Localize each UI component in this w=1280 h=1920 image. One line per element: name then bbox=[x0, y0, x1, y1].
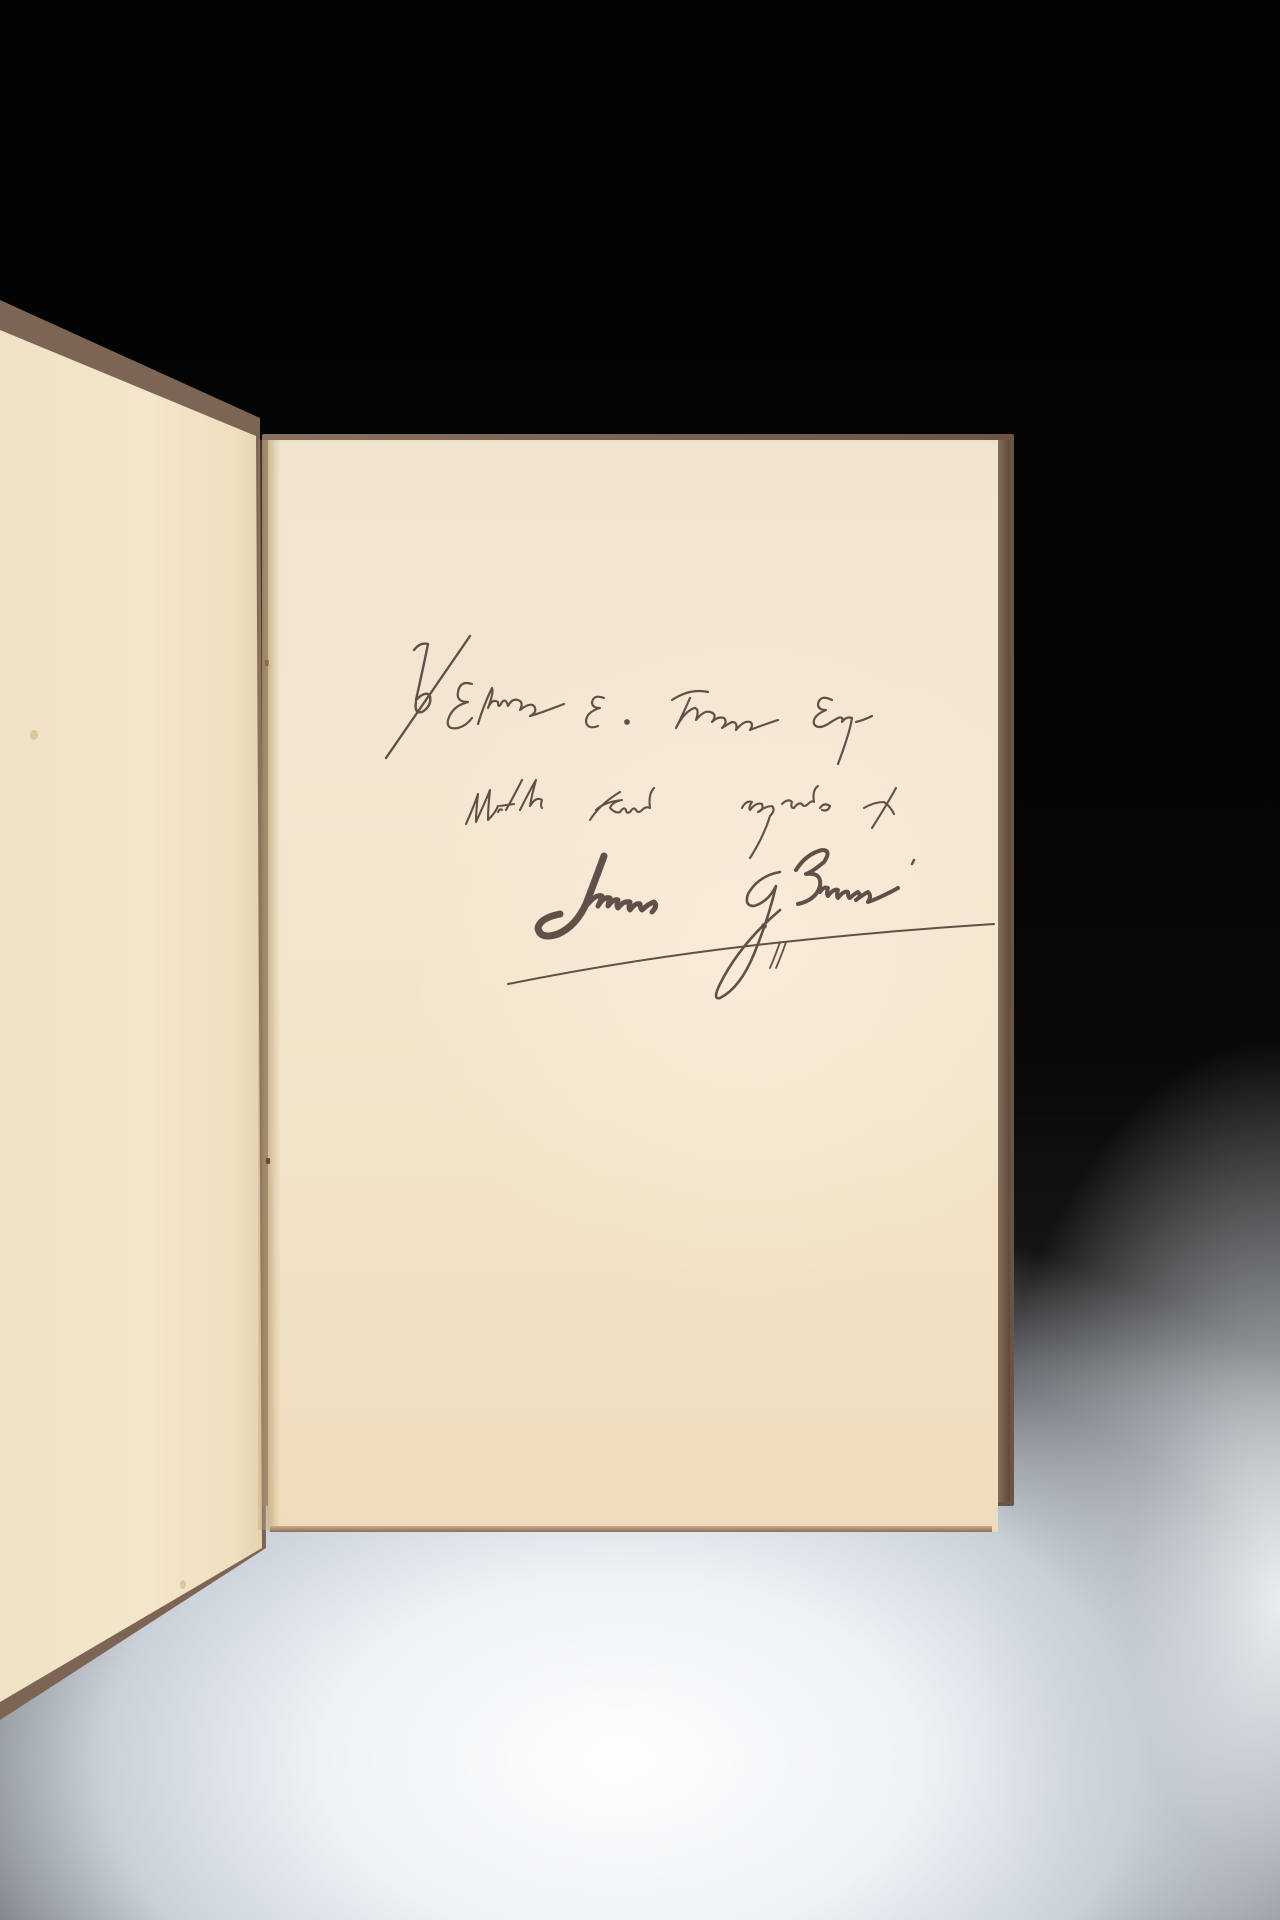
signature-glyphs bbox=[508, 850, 994, 998]
inscription-sentiment: With kind regards of bbox=[466, 800, 476, 801]
inscription-recipient: Elwood E. Thorne Esq bbox=[470, 690, 481, 691]
inscription-salutation: To/ bbox=[410, 650, 412, 651]
sentiment-glyphs bbox=[466, 780, 896, 858]
inscription-signature: James G. Blaine bbox=[540, 880, 548, 881]
recipient-glyphs bbox=[448, 683, 872, 764]
photo-scene: To/ Elwood E. Thorne Esq With kind regar… bbox=[0, 0, 1280, 1920]
handwritten-inscription: To/ Elwood E. Thorne Esq With kind regar… bbox=[0, 0, 1280, 1920]
